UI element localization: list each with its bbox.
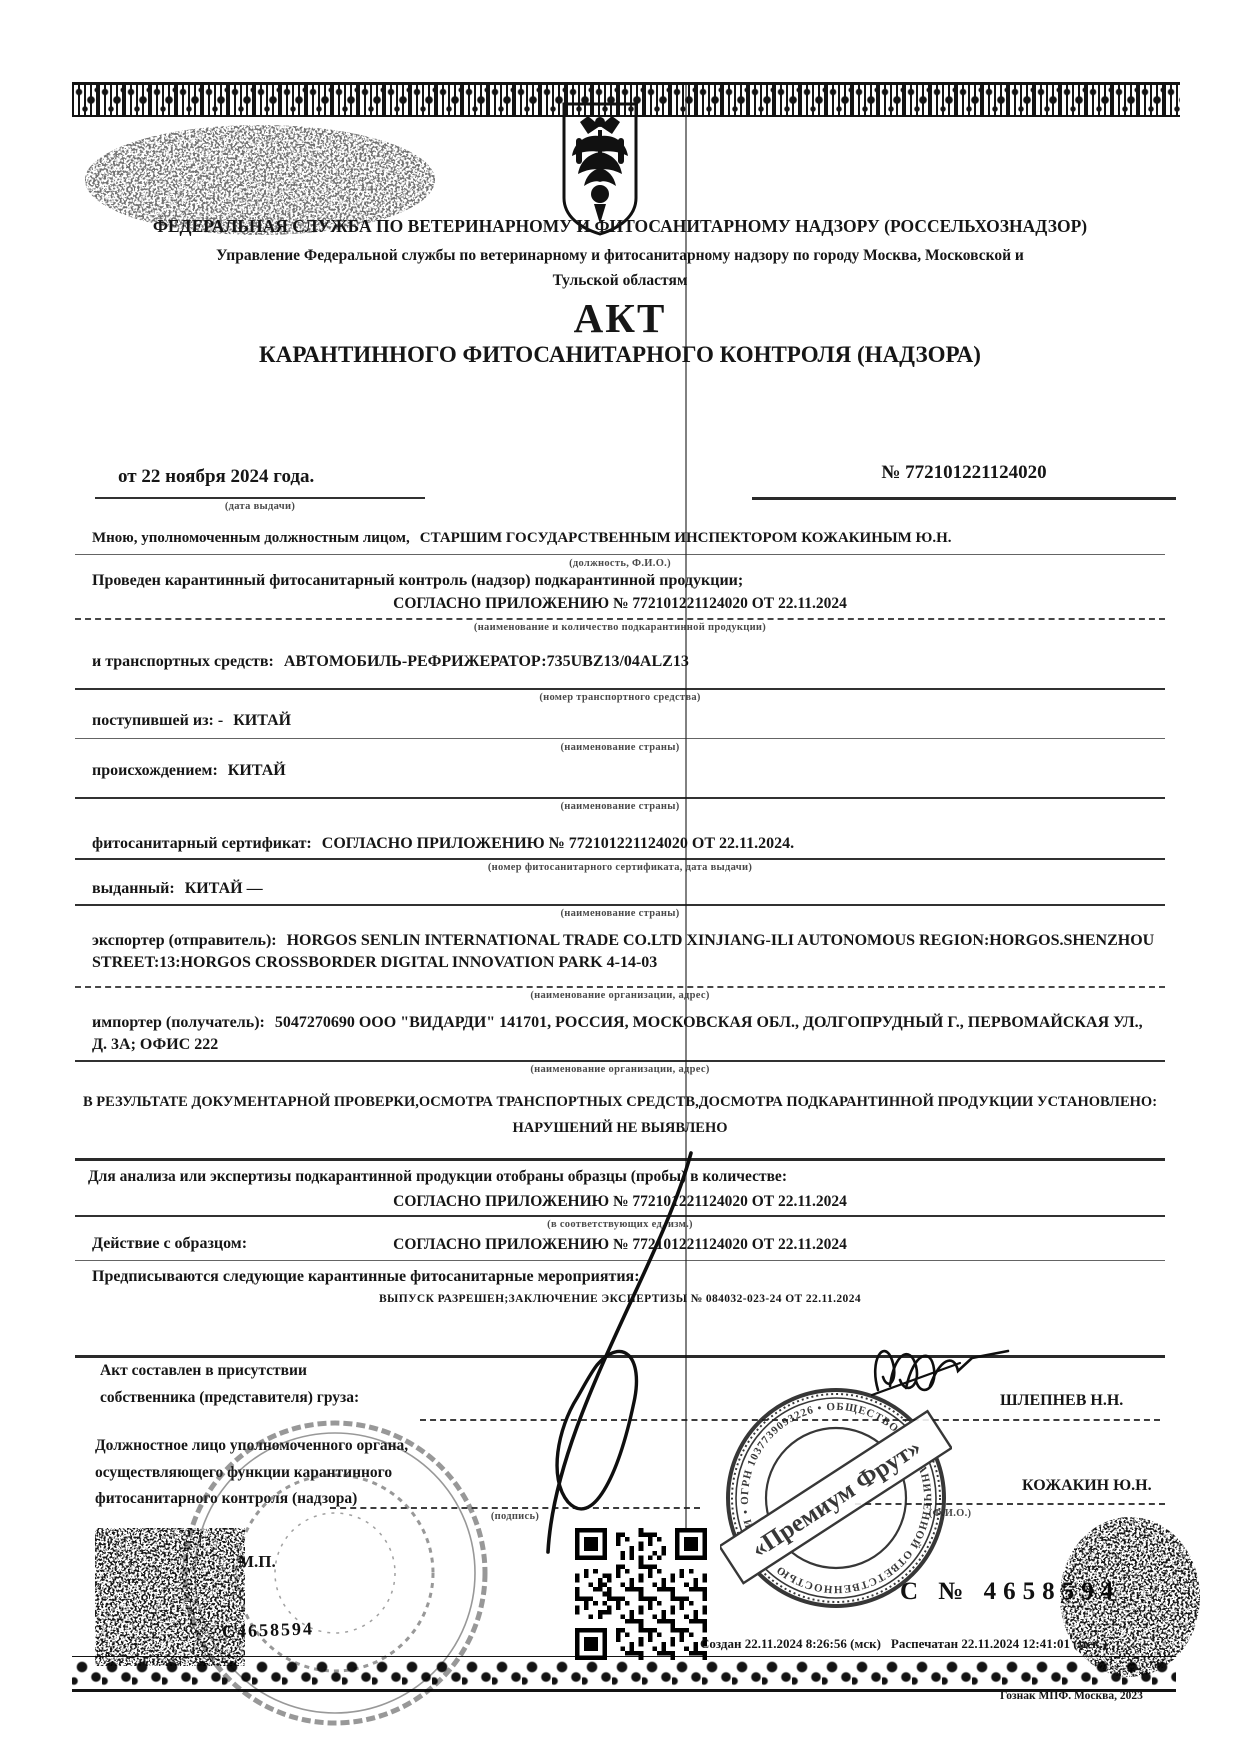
exporter-caption: (наименование организации, адрес): [75, 990, 1165, 1001]
department-line1: Управление Федеральной службы по ветерин…: [75, 247, 1165, 265]
issue-date: от 22 ноября 2024 года.: [118, 466, 314, 488]
arrived-value: КИТАЙ: [233, 712, 291, 729]
measures-value: ВЫПУСК РАЗРЕШЕН;ЗАКЛЮЧЕНИЕ ЭКСПЕРТИЗЫ № …: [75, 1293, 1165, 1305]
issued-line: выданный:КИТАЙ —: [92, 880, 263, 898]
transport-label: и транспортных средств:: [92, 653, 274, 670]
certificate-line: фитосанитарный сертификат:СОГЛАСНО ПРИЛО…: [92, 835, 794, 853]
origin-rule: [75, 797, 1165, 799]
samples-caption: (в соответствующих ед. изм.): [75, 1219, 1165, 1230]
exporter-line: экспортер (отправитель):HORGOS SENLIN IN…: [92, 930, 1157, 974]
owner-name: ШЛЕПНЕВ Н.Н.: [1000, 1392, 1123, 1410]
samples-intro: Для анализа или экспертизы подкарантинно…: [88, 1168, 787, 1186]
transport-value: АВТОМОБИЛЬ-РЕФРИЖЕРАТОР:735UBZ13/04ALZ13: [284, 653, 689, 670]
document-title: АКТ: [75, 294, 1165, 342]
control-intro: Проведен карантинный фитосанитарный конт…: [92, 572, 743, 590]
serial-number-small: С4658594: [222, 1618, 315, 1642]
measures-label: Предписываются следующие карантинные фит…: [92, 1268, 640, 1286]
inspector-caption: (должность, Ф.И.О.): [75, 558, 1165, 569]
transport-caption: (номер транспортного средства): [75, 692, 1165, 703]
printer-mark: Гознак МПФ. Москва, 2023: [1000, 1690, 1143, 1702]
transport-rule: [75, 688, 1165, 690]
origin-label: происхождением:: [92, 762, 218, 779]
timestamps-line: Создан 22.11.2024 8:26:56 (мск)Распечата…: [700, 1636, 1107, 1652]
arrived-label: поступившей из: -: [92, 712, 223, 729]
exporter-rule: [75, 986, 1165, 988]
certificate-caption: (номер фитосанитарного сертификата, дата…: [75, 862, 1165, 873]
arrived-caption: (наименование страны): [75, 742, 1165, 753]
control-rule: [75, 618, 1165, 620]
department-line2: Тульской областям: [75, 272, 1165, 290]
importer-caption: (наименование организации, адрес): [75, 1064, 1165, 1075]
importer-label: импортер (получатель):: [92, 1014, 265, 1031]
action-value: СОГЛАСНО ПРИЛОЖЕНИЮ № 772101221124020 ОТ…: [75, 1236, 1165, 1254]
printed-timestamp: Распечатан 22.11.2024 12:41:01 (мск.): [891, 1636, 1107, 1651]
inspector-line: Мною, уполномоченным должностным лицом,С…: [92, 530, 1177, 547]
origin-caption: (наименование страны): [75, 801, 1165, 812]
origin-value: КИТАЙ: [228, 762, 286, 779]
official-name: КОЖАКИН Ю.Н.: [1022, 1477, 1152, 1495]
signature-section-rule: [75, 1355, 1165, 1358]
importer-rule: [75, 1060, 1165, 1062]
date-rule: [95, 497, 425, 499]
stamp-band-text: «Премиум Фрут»: [747, 1434, 926, 1563]
result-statement: В РЕЗУЛЬТАТЕ ДОКУМЕНТАРНОЙ ПРОВЕРКИ,ОСМО…: [75, 1094, 1165, 1111]
action-rule: [75, 1260, 1165, 1261]
transport-line: и транспортных средств:АВТОМОБИЛЬ-РЕФРИЖ…: [92, 653, 689, 671]
certificate-rule: [75, 858, 1165, 860]
issued-caption: (наименование страны): [75, 908, 1165, 919]
inspector-rule: [75, 554, 1165, 555]
agency-name: ФЕДЕРАЛЬНАЯ СЛУЖБА ПО ВЕТЕРИНАРНОМУ И ФИ…: [75, 216, 1165, 237]
exporter-label: экспортер (отправитель):: [92, 932, 277, 949]
ornamental-border-bottom: [72, 1656, 1176, 1692]
issued-label: выданный:: [92, 880, 175, 897]
certificate-label: фитосанитарный сертификат:: [92, 835, 312, 852]
created-timestamp: Создан 22.11.2024 8:26:56 (мск): [700, 1636, 881, 1651]
certificate-value: СОГЛАСНО ПРИЛОЖЕНИЮ № 772101221124020 ОТ…: [322, 835, 794, 852]
document-page: ФЕДЕРАЛЬНАЯ СЛУЖБА ПО ВЕТЕРИНАРНОМУ И ФИ…: [0, 0, 1241, 1760]
control-caption: (наименование и количество подкарантинно…: [75, 622, 1165, 633]
origin-line: происхождением:КИТАЙ: [92, 762, 286, 780]
qr-code: [575, 1528, 707, 1660]
act-presence-line1: Акт составлен в присутствии: [100, 1362, 307, 1380]
number-rule: [752, 497, 1176, 500]
inspector-name: СТАРШИМ ГОСУДАРСТВЕННЫМ ИНСПЕКТОРОМ КОЖА…: [420, 530, 952, 546]
issued-value: КИТАЙ —: [185, 880, 263, 897]
importer-line: импортер (получатель):5047270690 ООО "ВИ…: [92, 1012, 1157, 1056]
result-verdict: НАРУШЕНИЙ НЕ ВЫЯВЛЕНО: [75, 1120, 1165, 1137]
document-subtitle: КАРАНТИННОГО ФИТОСАНИТАРНОГО КОНТРОЛЯ (Н…: [75, 342, 1165, 368]
control-appendix-ref: СОГЛАСНО ПРИЛОЖЕНИЮ № 772101221124020 ОТ…: [75, 595, 1165, 613]
arrived-line: поступившей из: -КИТАЙ: [92, 712, 291, 730]
issued-rule: [75, 904, 1165, 906]
arrived-rule: [75, 738, 1165, 739]
act-number: № 772101221124020: [752, 462, 1176, 484]
samples-appendix-ref: СОГЛАСНО ПРИЛОЖЕНИЮ № 772101221124020 ОТ…: [75, 1193, 1165, 1211]
results-rule: [75, 1158, 1165, 1161]
date-caption: (дата выдачи): [95, 501, 425, 512]
corner-ornament-bottom-left: [95, 1528, 245, 1666]
samples-rule: [75, 1215, 1165, 1217]
inspector-prefix: Мною, уполномоченным должностным лицом,: [92, 530, 410, 546]
